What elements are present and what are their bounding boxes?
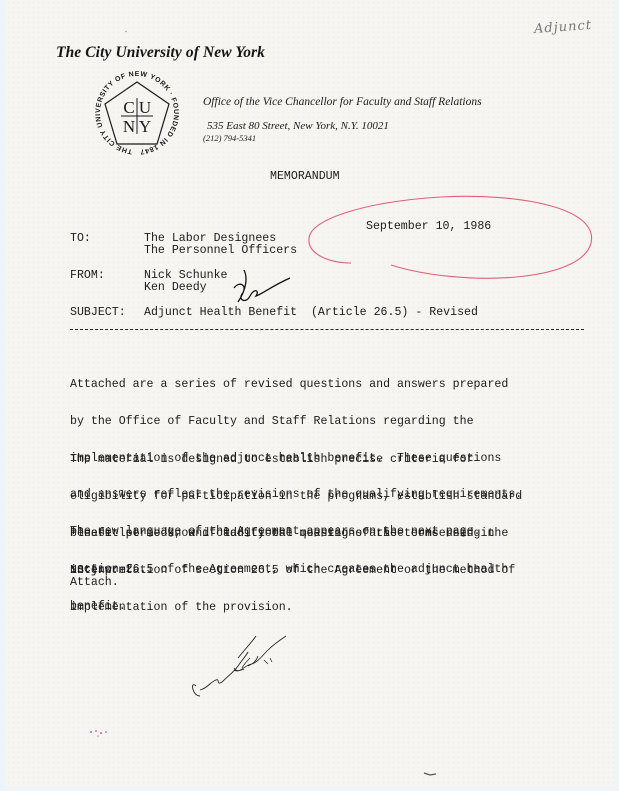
- paragraph-3: Please let me know if additional questio…: [70, 504, 515, 638]
- office-name: Office of the Vice Chancellor for Facult…: [203, 96, 482, 108]
- stray-smudge: [422, 770, 440, 778]
- memo-page: Adjunct The City University of New York …: [6, 0, 615, 787]
- stray-pink-mark: [88, 728, 118, 738]
- cuny-seal-logo: THE CITY UNIVERSITY OF NEW YORK · FOUNDE…: [85, 68, 189, 158]
- from-label: FROM:: [70, 270, 105, 282]
- separator-line: [70, 329, 584, 330]
- to-label: TO:: [70, 233, 91, 245]
- memo-date: September 10, 1986: [366, 221, 491, 233]
- ink-circle-annotation: [291, 183, 611, 293]
- enclosure-note: Attach.: [70, 577, 119, 589]
- subject-value: Adjunct Health Benefit (Article 26.5) - …: [144, 307, 478, 319]
- svg-text:U: U: [139, 98, 151, 117]
- office-address: 535 East 80 Street, New York, N.Y. 10021: [207, 120, 389, 132]
- memo-title: MEMORANDUM: [270, 171, 340, 183]
- office-phone: (212) 794-5341: [203, 133, 256, 143]
- to-line-2: The Personnel Officers: [144, 245, 297, 257]
- university-name: The City University of New York: [56, 44, 265, 62]
- from-line-2: Ken Deedy: [144, 282, 207, 294]
- initials-signature: [226, 260, 306, 310]
- stray-mark: [124, 30, 129, 33]
- svg-text:Y: Y: [139, 117, 151, 136]
- handwritten-signature: [186, 628, 296, 708]
- svg-text:C: C: [123, 98, 134, 117]
- subject-label: SUBJECT:: [70, 307, 126, 319]
- svg-text:N: N: [123, 117, 135, 136]
- margin-note: Adjunct: [534, 18, 593, 37]
